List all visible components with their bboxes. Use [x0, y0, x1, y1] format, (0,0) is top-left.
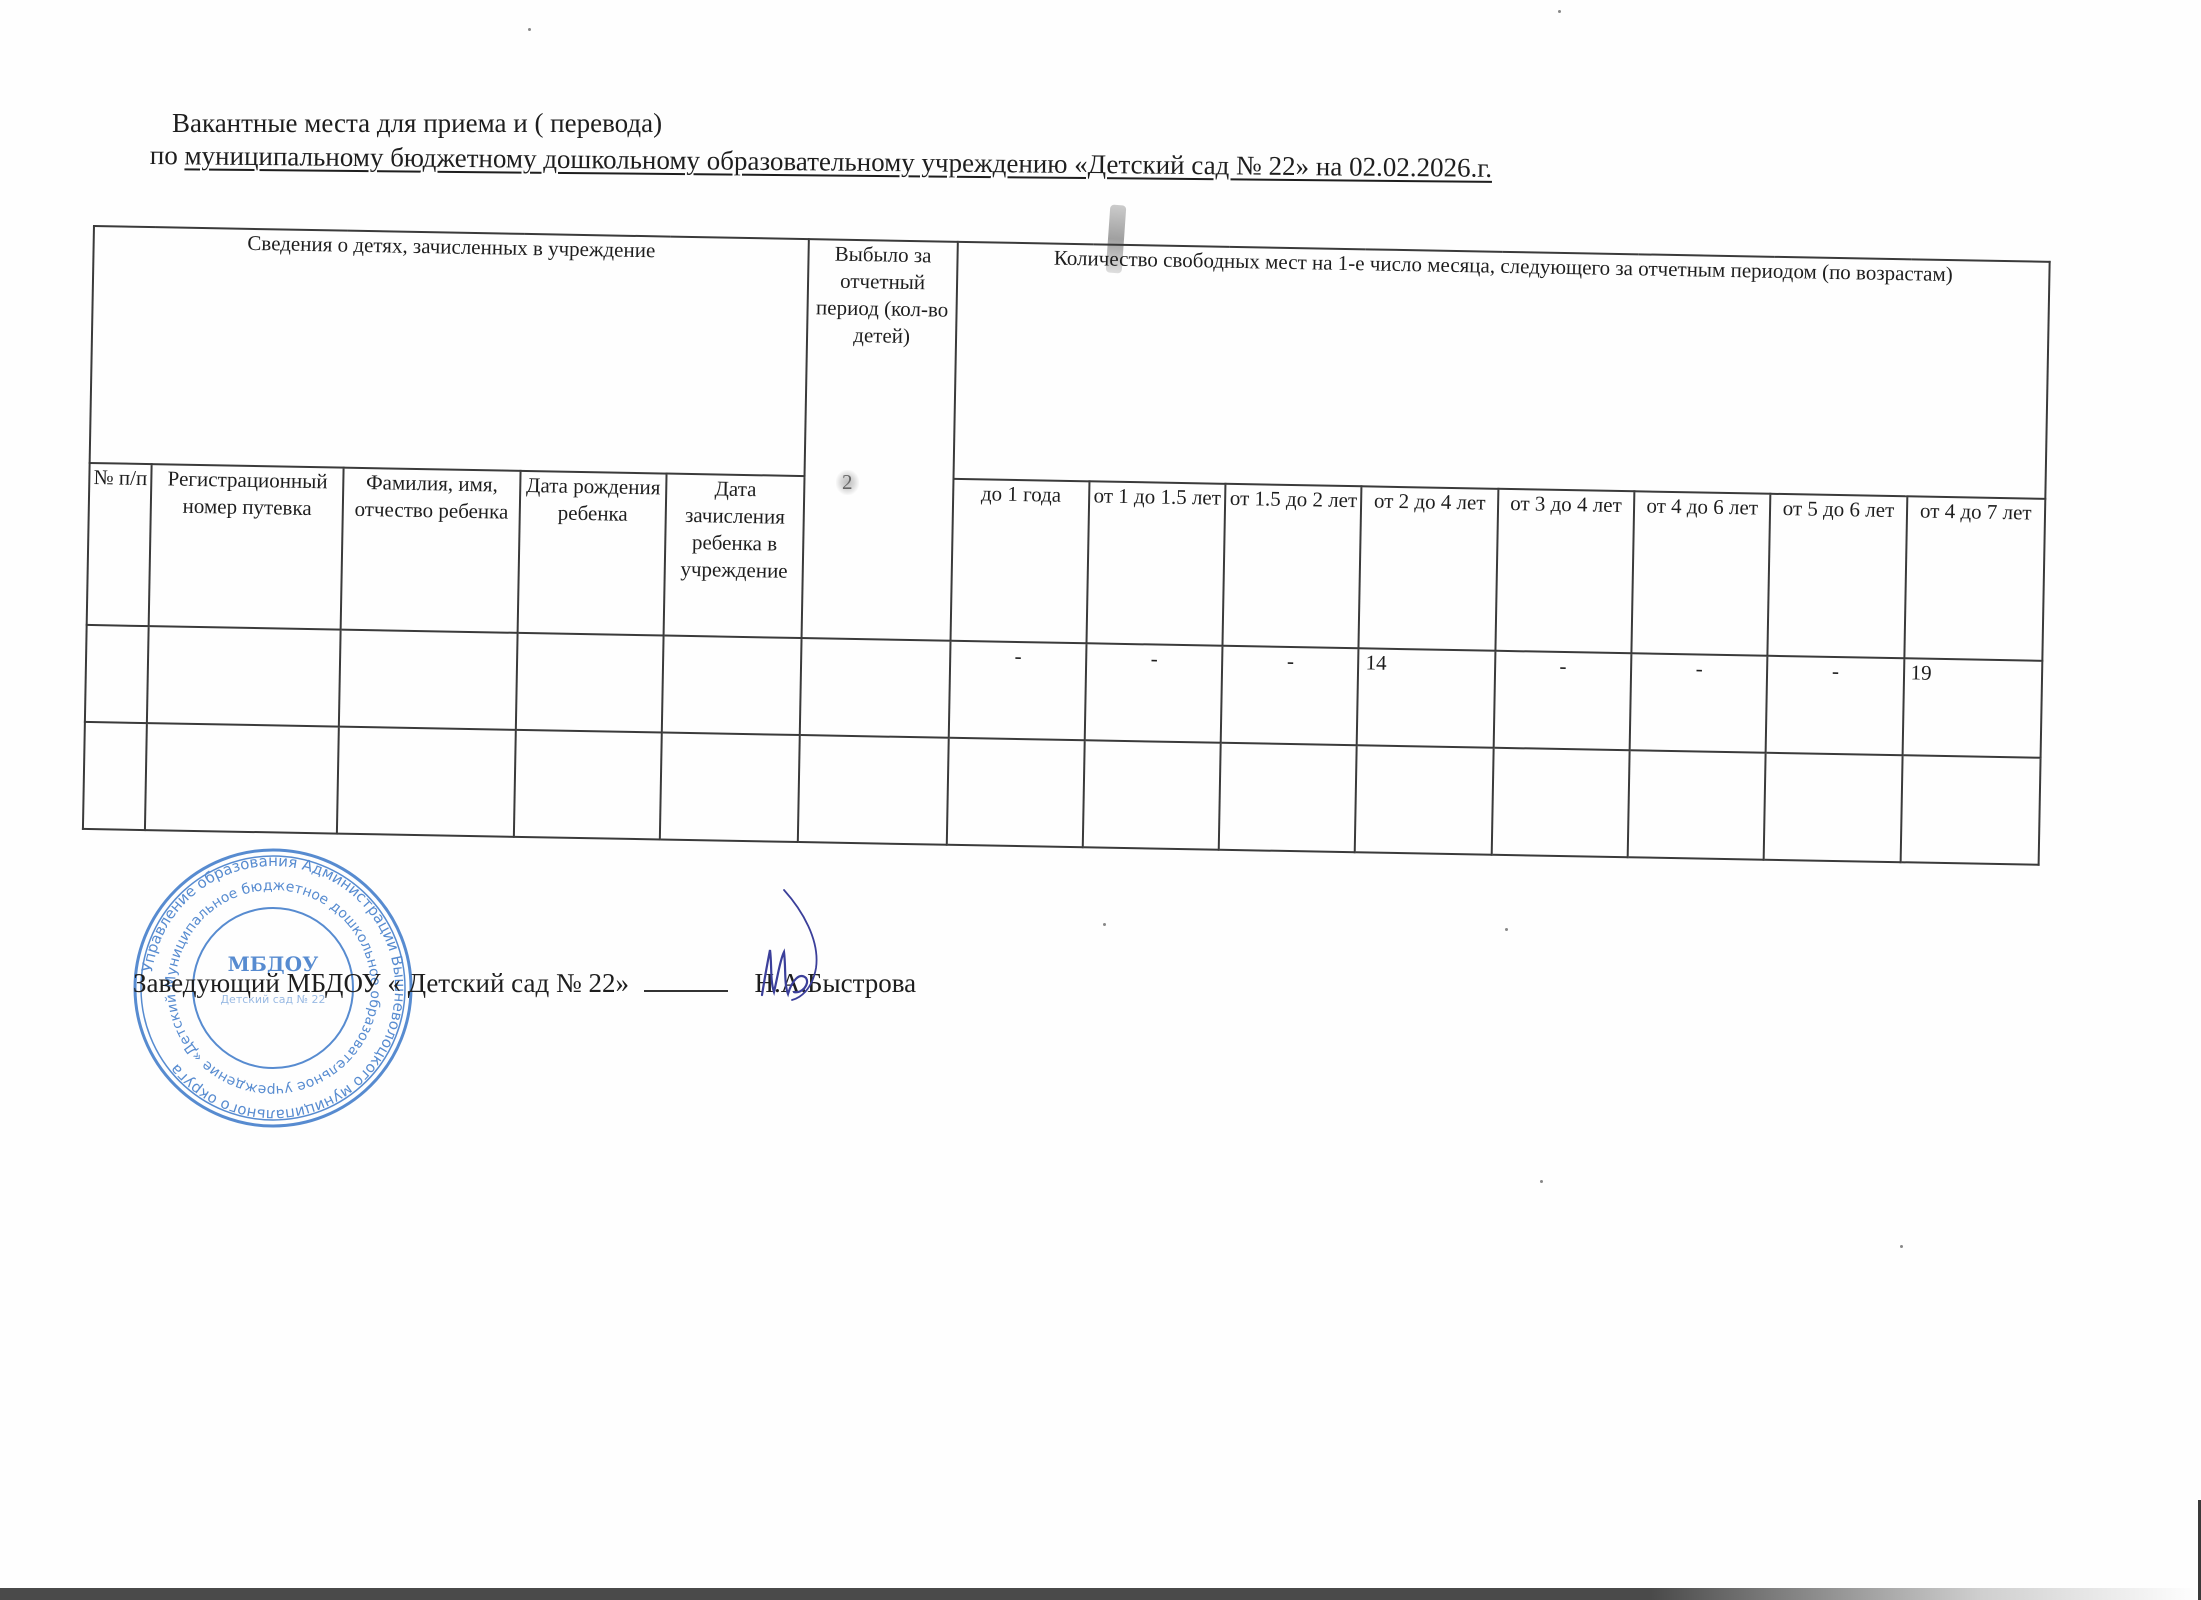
cell-enrollment-date	[662, 636, 802, 736]
cell-age-5-6	[1764, 753, 1902, 862]
vacancy-table: Сведения о детях, зачисленных в учрежден…	[82, 225, 2051, 866]
group-header-row: Сведения о детях, зачисленных в учрежден…	[90, 226, 2050, 499]
cell-age-1.5-2: -	[1221, 646, 1359, 745]
vacancy-table-wrapper: Сведения о детях, зачисленных в учрежден…	[82, 225, 2051, 866]
signatory-position: Заведующий МБДОУ « Детский сад № 22»	[133, 968, 629, 998]
header-age-2-4: от 2 до 4 лет	[1359, 486, 1498, 650]
cell-number	[85, 625, 149, 723]
cell-age-4-7: 19	[1902, 658, 2042, 758]
header-age-0-1: до 1 года	[950, 479, 1089, 643]
cell-enrollment-date	[660, 733, 800, 843]
scan-speck	[1900, 1245, 1903, 1248]
header-dropped-out-label: Выбыло за отчетный период (кол-во детей)	[816, 242, 949, 348]
cell-dropped-out	[798, 735, 948, 845]
header-age-4-7: от 4 до 7 лет	[1904, 496, 2045, 661]
dropped-out-value: 2	[836, 470, 859, 495]
signature-line	[644, 970, 728, 992]
cell-age-4-6: -	[1630, 653, 1768, 752]
cell-registration-number	[147, 626, 341, 727]
header-age-3-4: от 3 до 4 лет	[1495, 489, 1634, 653]
cell-age-3-4	[1491, 748, 1629, 857]
header-enrollment-date: Дата зачисления ребенка в учреждение	[664, 474, 805, 639]
header-age-5-6: от 5 до 6 лет	[1768, 494, 1907, 658]
header-age-4-6: от 4 до 6 лет	[1631, 491, 1770, 655]
cell-dropped-out	[800, 638, 950, 738]
cell-child-name	[337, 727, 515, 837]
document-subtitle: по муниципальному бюджетному дошкольному…	[150, 140, 1493, 184]
subtitle-institution: муниципальному бюджетному дошкольному об…	[184, 140, 1492, 183]
cell-age-5-6: -	[1766, 656, 1904, 755]
header-registration-number: Регистрационный номер путевка	[149, 464, 344, 629]
cell-age-3-4: -	[1493, 651, 1631, 750]
cell-age-2-4	[1355, 745, 1493, 854]
cell-age-1-1.5	[1083, 740, 1221, 849]
header-age-1-1.5: от 1 до 1.5 лет	[1086, 481, 1225, 645]
cell-age-4-7	[1900, 755, 2040, 865]
document-title: Вакантные места для приема и ( перевода)	[172, 108, 662, 139]
header-child-name: Фамилия, имя, отчество ребенка	[341, 468, 520, 633]
scan-speck	[1540, 1180, 1543, 1183]
cell-number	[83, 722, 147, 830]
cell-birth-date	[516, 633, 664, 733]
scanned-page: Вакантные места для приема и ( перевода)…	[0, 0, 2201, 1600]
header-birth-date: Дата рождения ребенка	[517, 471, 666, 636]
cell-birth-date	[514, 730, 662, 840]
header-age-1.5-2: от 1.5 до 2 лет	[1223, 484, 1362, 648]
cell-registration-number	[145, 723, 339, 834]
cell-child-name	[339, 630, 517, 730]
cell-age-0-1: -	[948, 641, 1086, 740]
header-children-info: Сведения о детях, зачисленных в учрежден…	[90, 226, 810, 476]
scan-speck	[1558, 10, 1561, 13]
cell-age-2-4: 14	[1357, 648, 1495, 747]
header-vacancies: Количество свободных мест на 1-е число м…	[953, 242, 2049, 499]
cell-age-4-6	[1628, 750, 1766, 859]
dropped-out-count: 2	[836, 470, 859, 495]
cell-age-0-1	[946, 738, 1084, 847]
scan-speck	[1103, 923, 1106, 926]
subtitle-prefix: по	[150, 140, 185, 170]
cell-age-1-1.5: -	[1085, 643, 1223, 742]
scan-edge-shadow	[0, 1588, 2201, 1600]
header-number: № п/п	[87, 463, 152, 626]
scan-speck	[1505, 928, 1508, 931]
scan-speck	[528, 28, 531, 31]
signature-icon	[740, 880, 840, 1020]
cell-age-1.5-2	[1219, 743, 1357, 852]
header-dropped-out: Выбыло за отчетный период (кол-во детей)	[802, 239, 958, 641]
